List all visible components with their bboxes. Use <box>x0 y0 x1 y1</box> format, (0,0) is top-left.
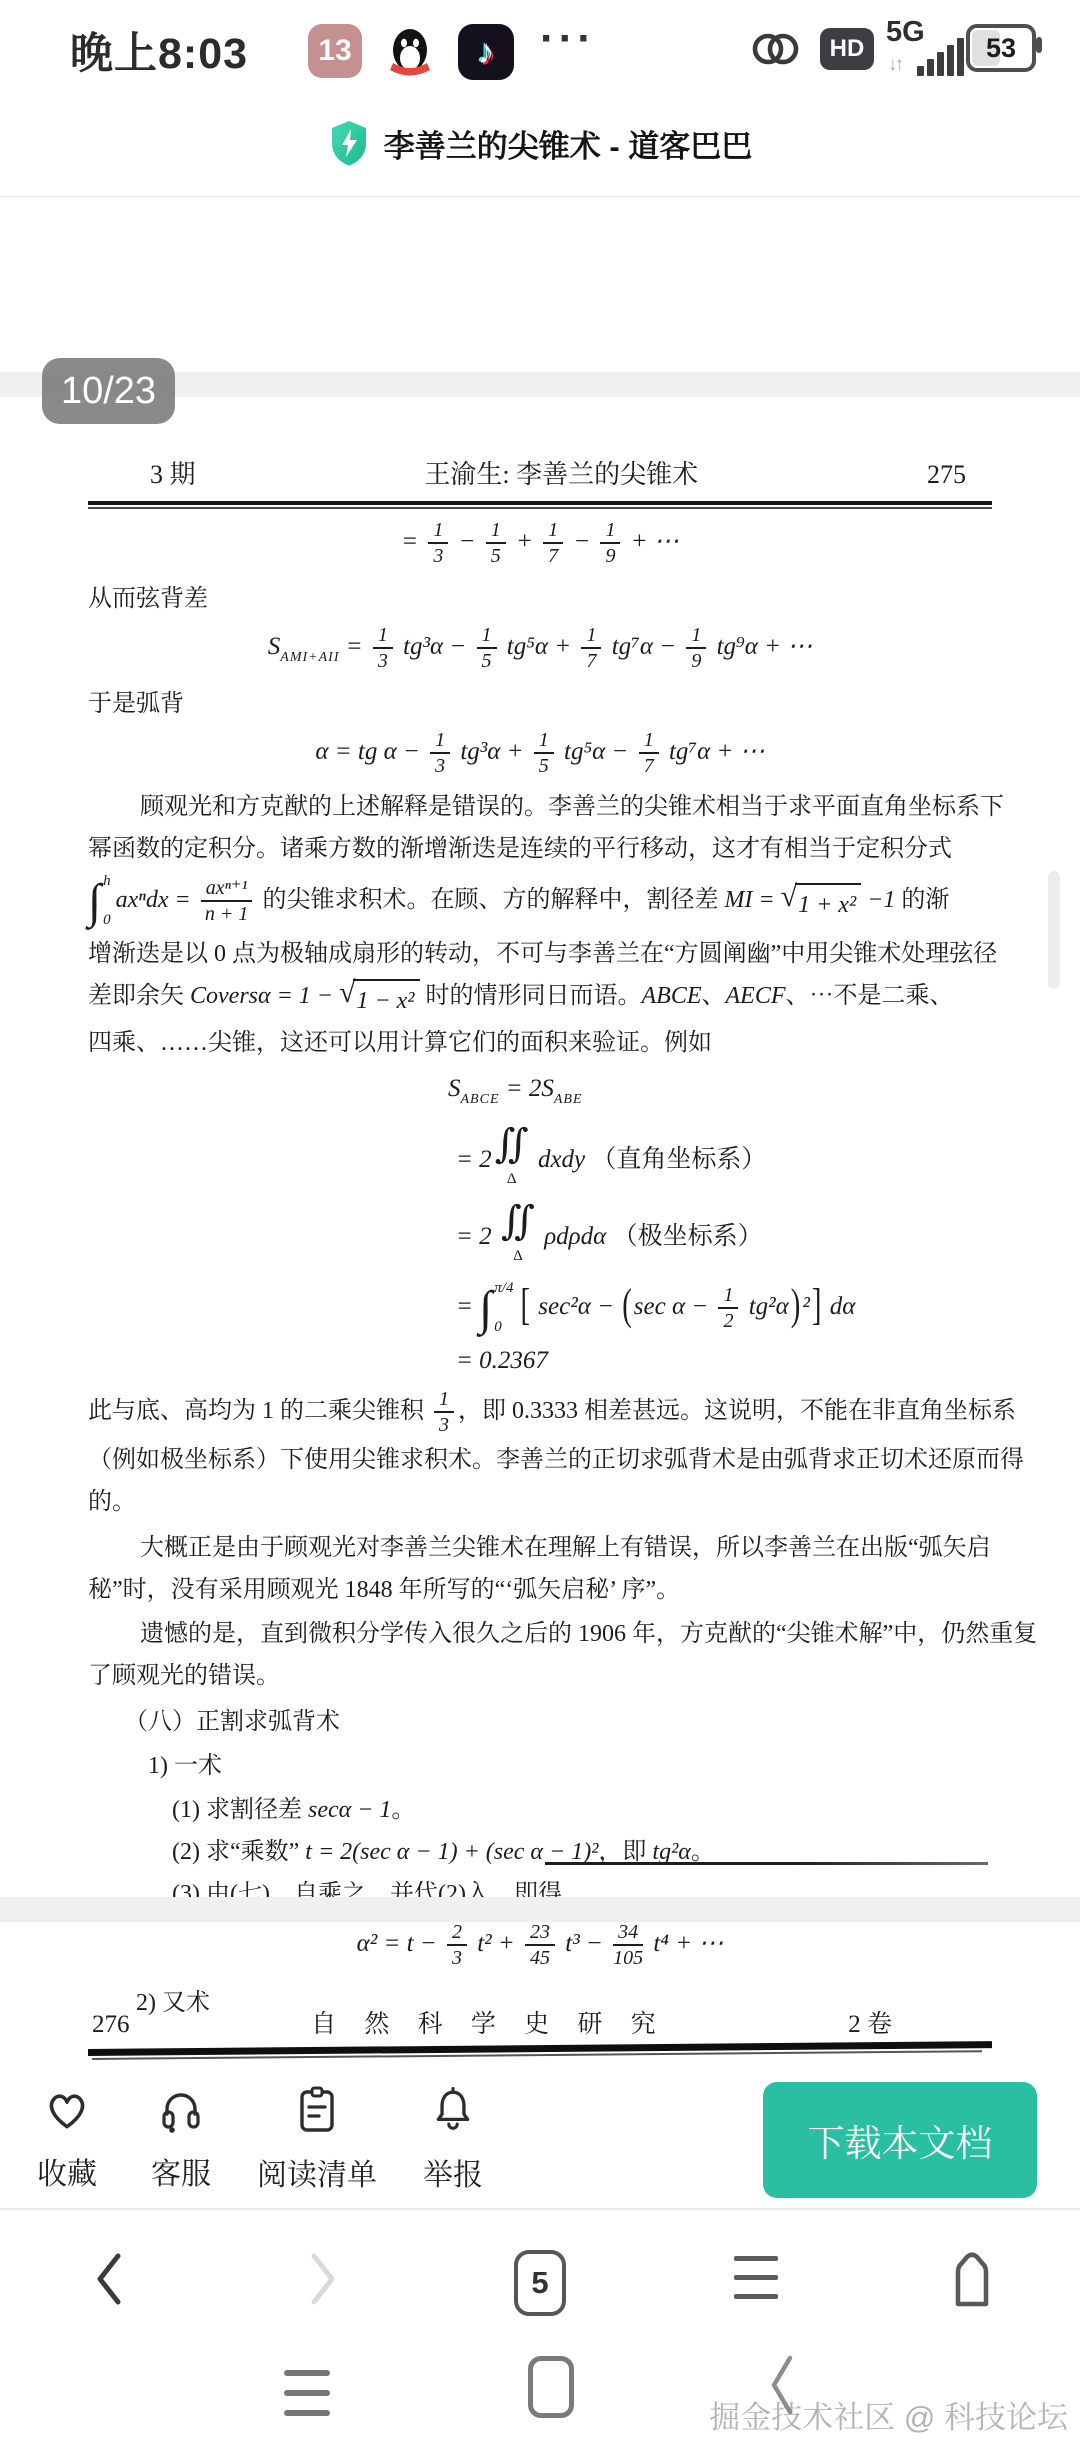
doc-line: (1) 求割径差 secα − 1。 <box>172 1791 992 1829</box>
doc-line: 1) 一术 <box>148 1747 992 1785</box>
battery-percent: 53 <box>970 28 1032 68</box>
doc-line: 遗憾的是，直到微积分学传入很久之后的 1906 年，方克猷的“尖锥术解”中，仍然… <box>140 1615 992 1653</box>
header-rule <box>88 501 992 505</box>
data-arrows-icon: ↓↑ <box>888 54 901 76</box>
doc-line: = ∫π/40[ sec²α − (sec α − 12 tg²α)²] dα <box>456 1279 992 1338</box>
doc-line: 的。 <box>88 1483 992 1521</box>
doc-line: 了顾观光的错误。 <box>88 1657 992 1695</box>
scan-page-body: = 13 − 15 + 17 − 19 + ⋯从而弦背差SAMI+AII = 1… <box>88 519 992 2022</box>
notification-app-13-icon: 13 <box>308 24 362 78</box>
system-nav-bar: 掘金技术社区 @ 科技论坛 <box>0 2348 1080 2460</box>
toolbar-divider <box>0 2208 1080 2210</box>
header-rule-2 <box>88 2041 992 2056</box>
document-viewport[interactable]: 10/23 3 期 王渝生: 李善兰的尖锥术 275 = 13 − 15 + 1… <box>0 314 1080 2072</box>
bell-icon <box>430 2086 476 2134</box>
douyin-icon: ♪ <box>458 24 514 80</box>
scanned-page-276: 276 自 然 科 学 史 研 究 2 卷 <box>88 2004 992 2056</box>
journal-header: 3 期 王渝生: 李善兰的尖锥术 275 <box>88 454 992 491</box>
phone-screen: 晚上8:03 13 ♪ ··· HD 5G ↓↑ 53 <box>0 0 1080 2460</box>
doc-line: 四乘、……尖锥，这还可以用计算它们的面积来验证。例如 <box>88 1024 992 1062</box>
doc-line: 秘”时，没有采用顾观光 1848 年所写的“‘弧矢启秘’ 序”。 <box>88 1571 992 1609</box>
qq-icon <box>384 22 436 80</box>
doc-line: （八）正割求弧背术 <box>124 1703 992 1741</box>
running-title: 王渝生: 李善兰的尖锥术 <box>424 454 698 491</box>
doc-line: SABCE = 2SABE <box>448 1070 992 1119</box>
doc-line: = 2 ∬Δ ρdρdα （极坐标系） <box>456 1202 992 1275</box>
system-home-icon[interactable] <box>528 2356 574 2418</box>
more-status-icons: ··· <box>540 14 596 64</box>
doc-line: 增渐迭是以 0 点为极轴成扇形的转动，不可与李善兰在“方圆阐幽”中用尖锥术处理弦… <box>88 935 992 973</box>
status-time: 晚上8:03 <box>70 20 248 81</box>
doc-line: = 0.2367 <box>456 1342 992 1380</box>
page-title: 李善兰的尖锥术 - 道客巴巴 <box>384 121 753 166</box>
volte-loop-icon <box>748 26 804 72</box>
page-number: 275 <box>927 460 966 490</box>
browser-search-header: 0 <box>0 197 1080 315</box>
doc-line: 顾观光和方克猷的上述解释是错误的。李善兰的尖锥术相当于求平面直角坐标系下 <box>140 788 992 826</box>
doc-line: α = tg α − 13 tg³α + 15 tg⁵α − 17 tg⁷α +… <box>88 729 992 778</box>
headset-icon <box>158 2087 204 2133</box>
doc-line: （例如极坐标系）下使用尖锥求积术。李善兰的正切求弧背术是由弧背求正切术还原而得 <box>88 1441 992 1479</box>
doc-line: α² = t − 23 t² + 2345 t³ − 34105 t⁴ + ⋯ <box>88 1921 992 1970</box>
reading-list-button[interactable]: 阅读清单 <box>252 2086 382 2194</box>
scanned-page-275: 3 期 王渝生: 李善兰的尖锥术 275 = 13 − 15 + 17 − 19… <box>88 454 992 2022</box>
doc-line: SAMI+AII = 13 tg³α − 15 tg⁵α + 17 tg⁷α −… <box>88 624 992 677</box>
favorite-button[interactable]: 收藏 <box>24 2087 110 2193</box>
doc-line: 于是弧背 <box>88 685 992 723</box>
end-of-text-rule <box>545 1862 988 1865</box>
home-icon[interactable] <box>948 2250 996 2308</box>
doc-line: 此与底、高均为 1 的二乘尖锥积 13，即 0.3333 相差甚远。这说明，不能… <box>88 1388 992 1437</box>
signal-bars-icon <box>917 38 964 76</box>
volume-number: 2 卷 <box>848 2004 892 2040</box>
doc-line: = 2∬Δ dxdy （直角坐标系） <box>456 1125 992 1198</box>
heart-icon <box>44 2087 90 2133</box>
page-gap-2 <box>0 1897 1080 1922</box>
reading-list-icon <box>294 2086 340 2134</box>
browser-forward-icon[interactable] <box>306 2250 342 2308</box>
watermark: 掘金技术社区 @ 科技论坛 <box>709 2392 1068 2437</box>
title-bar: 李善兰的尖锥术 - 道客巴巴 <box>0 90 1080 197</box>
battery-icon: 53 <box>966 24 1036 72</box>
download-document-button[interactable]: 下载本文档 <box>763 2082 1037 2198</box>
doc-line: = 13 − 15 + 17 − 19 + ⋯ <box>88 519 992 568</box>
browser-menu-icon[interactable] <box>734 2250 778 2299</box>
status-bar: 晚上8:03 13 ♪ ··· HD 5G ↓↑ 53 <box>0 0 1080 90</box>
signal-5g-icon: 5G ↓↑ <box>886 16 964 78</box>
customer-service-button[interactable]: 客服 <box>138 2087 224 2193</box>
journal-title: 自 然 科 学 史 研 究 <box>311 2004 667 2040</box>
shield-bolt-icon <box>328 119 370 167</box>
doc-line: ∫h0axⁿdx = axⁿ⁺¹n + 1 的尖锥求积术。在顾、方的解释中，割径… <box>88 872 992 931</box>
doc-line: 从而弦背差 <box>88 580 992 618</box>
browser-back-icon[interactable] <box>90 2250 126 2308</box>
browser-nav-bar: 5 <box>0 2222 1080 2342</box>
doc-line: 大概正是由于顾观光对李善兰尖锥术在理解上有错误，所以李善兰在出版“弧矢启 <box>140 1529 992 1567</box>
doc-line: 差即余矢 Coversα = 1 − √1 − x² 时的情形同日而语。ABCE… <box>88 977 992 1020</box>
page-indicator-badge: 10/23 <box>42 358 175 424</box>
report-button[interactable]: 举报 <box>410 2086 496 2194</box>
document-toolbar: 收藏 客服 阅读清单 举报 <box>0 2072 1080 2208</box>
system-menu-icon[interactable] <box>284 2370 330 2416</box>
scrollbar-thumb[interactable] <box>1048 871 1060 989</box>
tab-count-button[interactable]: 5 <box>514 2250 566 2316</box>
doc-line: 幂函数的定积分。诸乘方数的渐增渐迭是连续的平行移动，这才有相当于定积分式 <box>88 830 992 868</box>
doc-line: (2) 求“乘数” t = 2(sec α − 1) + (sec α − 1)… <box>172 1833 992 1871</box>
issue-number: 3 期 <box>150 454 196 491</box>
page-number-2: 276 <box>92 2011 130 2039</box>
journal-header-2: 276 自 然 科 学 史 研 究 2 卷 <box>88 2004 992 2040</box>
hd-icon: HD <box>820 28 874 70</box>
